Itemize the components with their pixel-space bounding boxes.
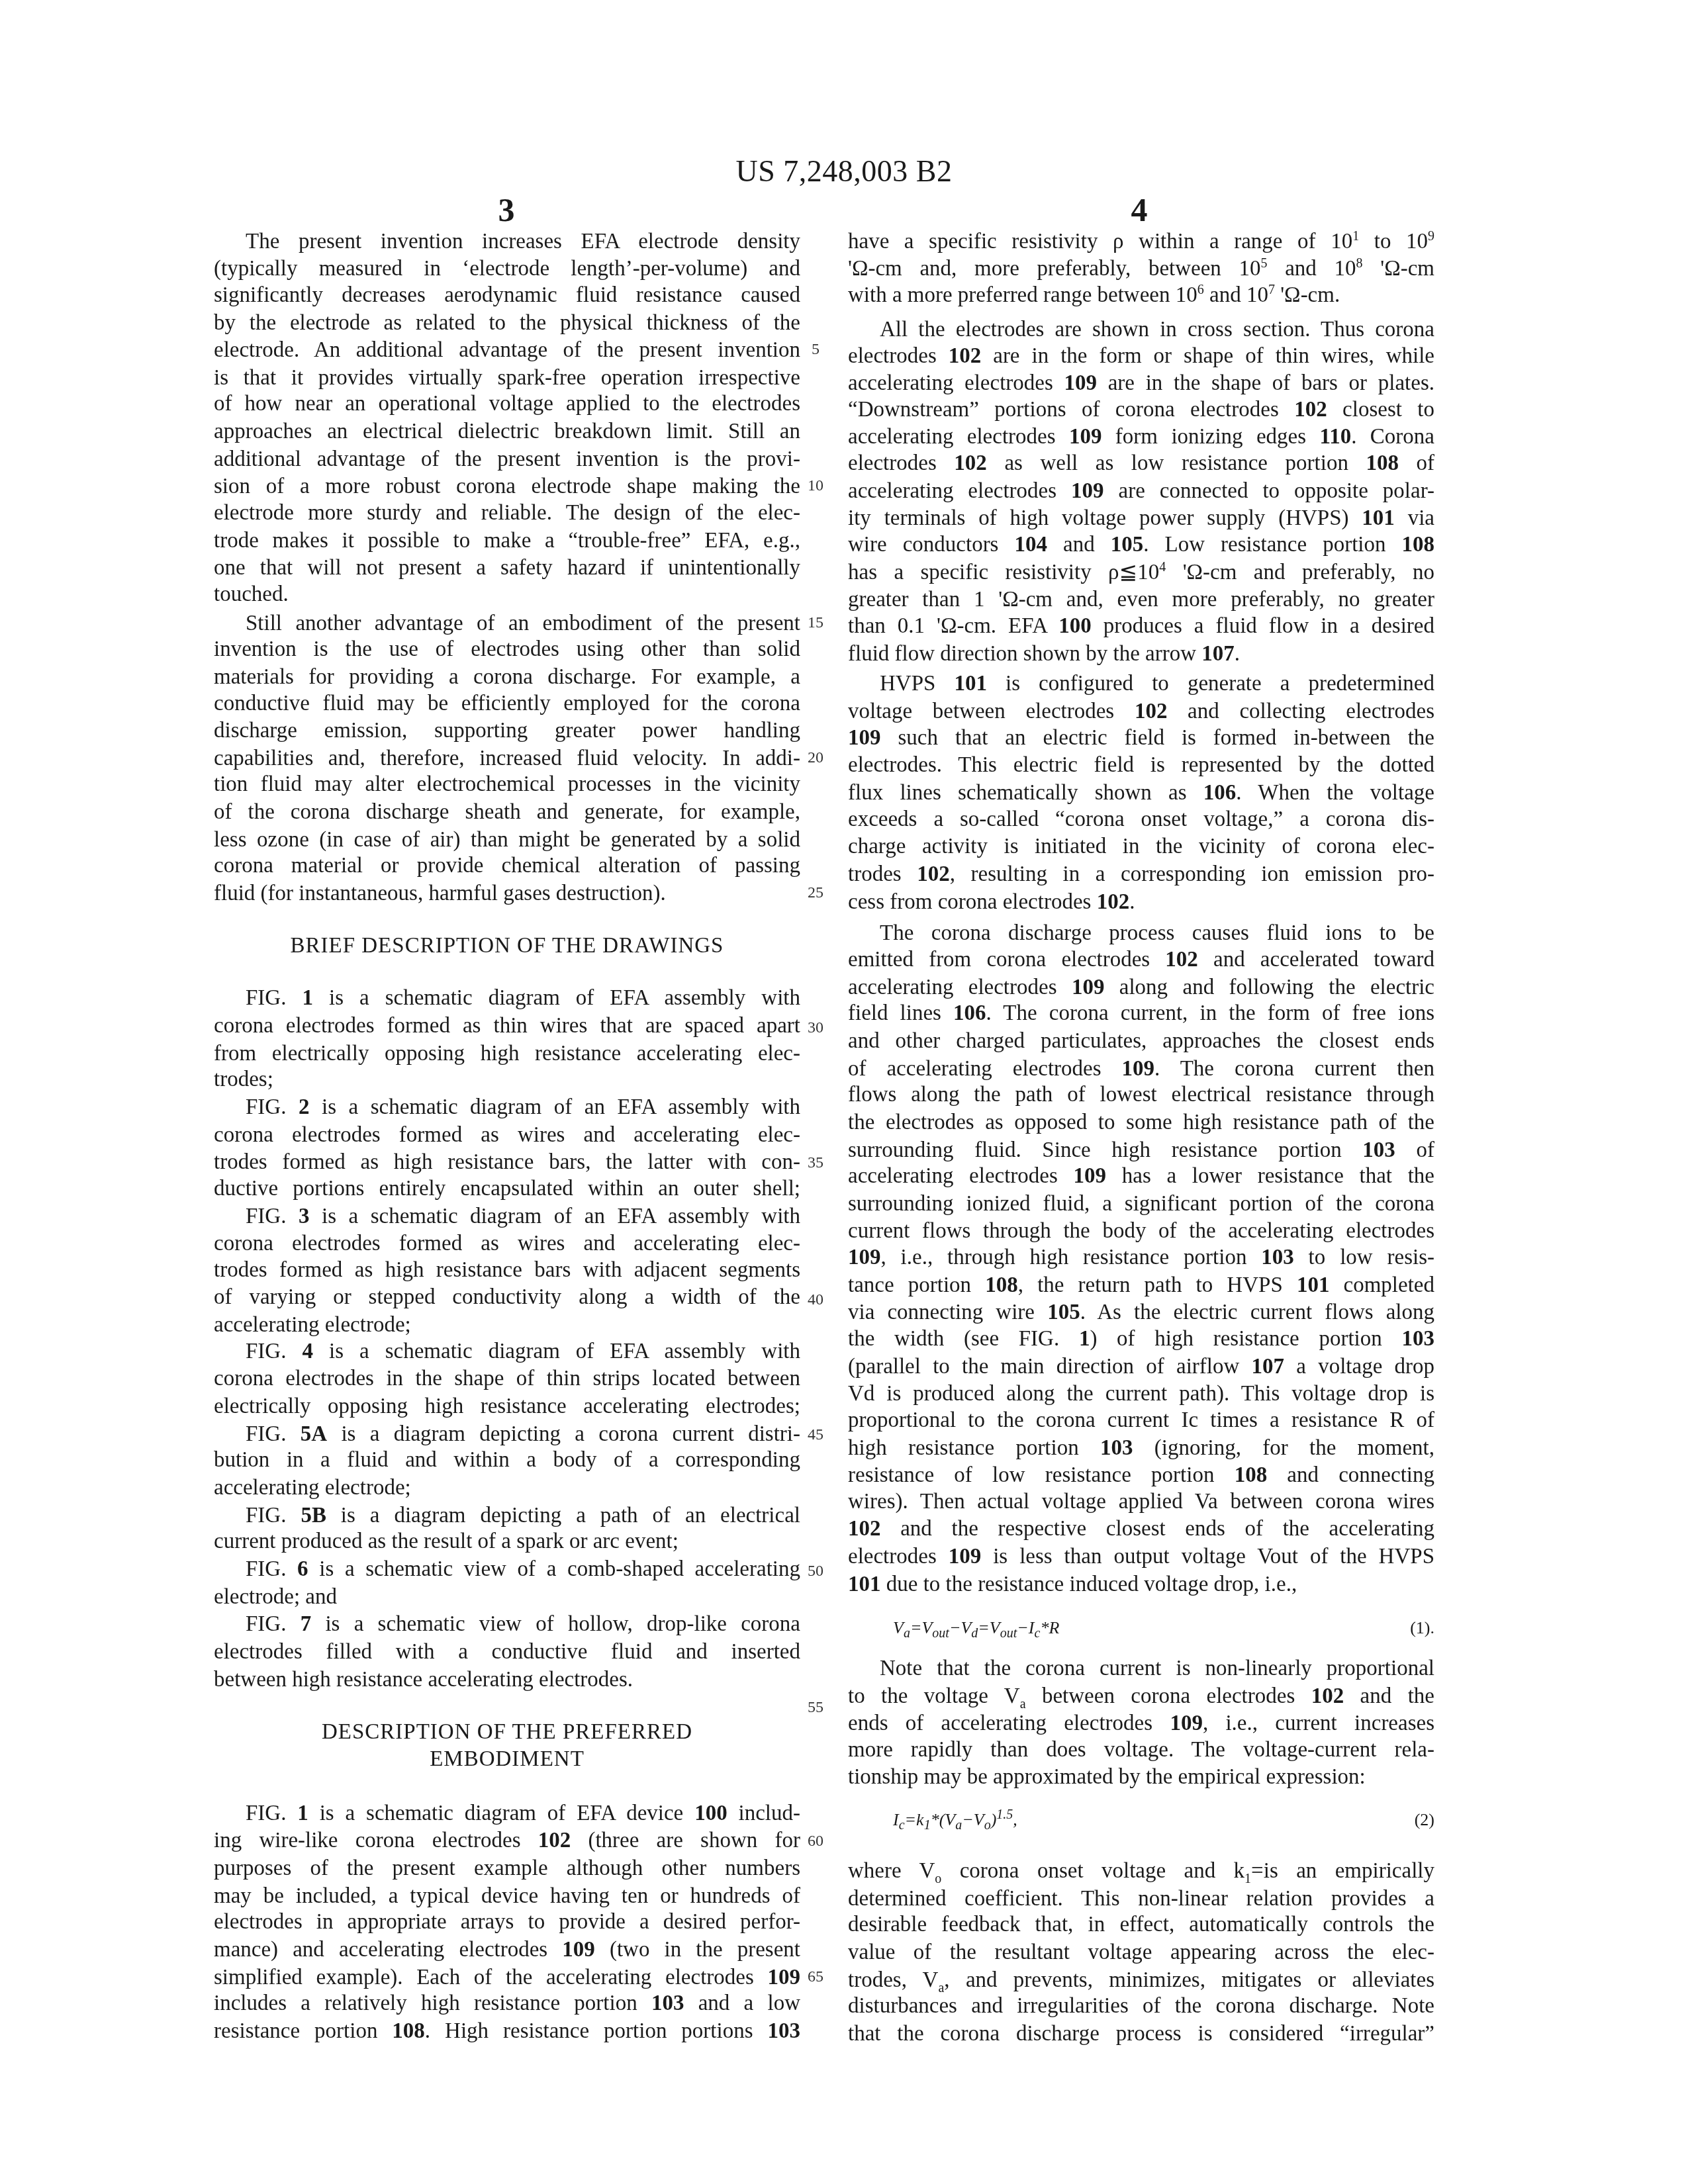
text-line: voltage between electrodes 102 and colle… xyxy=(848,699,1434,724)
text-line: FIG. 6 is a schematic view of a comb-sha… xyxy=(214,1557,800,1582)
text-line: is that it provides virtually spark-free… xyxy=(214,365,800,390)
line-number: 15 xyxy=(802,614,829,632)
text-line: to the voltage Va between corona electro… xyxy=(848,1684,1434,1709)
text-line: with a more preferred range between 106 … xyxy=(848,283,1434,308)
text-line: fluid (for instantaneous, harmful gases … xyxy=(214,881,800,906)
text-line: surrounding ionized fluid, a significant… xyxy=(848,1191,1434,1216)
text-line: current flows through the body of the ac… xyxy=(848,1218,1434,1244)
section-heading: DESCRIPTION OF THE PREFERRED xyxy=(214,1719,800,1745)
text-line: wires). Then actual voltage applied Va b… xyxy=(848,1489,1434,1514)
text-line: includes a relatively high resistance po… xyxy=(214,1991,800,2016)
text-line: additional advantage of the present inve… xyxy=(214,447,800,472)
text-line: The corona discharge process causes flui… xyxy=(848,921,1434,946)
text-line: by the electrode as related to the physi… xyxy=(214,310,800,336)
text-line: trodes, Va, and prevents, minimizes, mit… xyxy=(848,1968,1434,1993)
text-line: flows along the path of lowest electrica… xyxy=(848,1082,1434,1107)
text-line: Note that the corona current is non-line… xyxy=(848,1656,1434,1681)
text-line: field lines 106. The corona current, in … xyxy=(848,1001,1434,1026)
section-heading: BRIEF DESCRIPTION OF THE DRAWINGS xyxy=(214,933,800,958)
text-line: has a specific resistivity ρ≦104 'Ω-cm a… xyxy=(848,560,1434,585)
text-line: ing wire-like corona electrodes 102 (thr… xyxy=(214,1828,800,1853)
text-line: FIG. 2 is a schematic diagram of an EFA … xyxy=(214,1095,800,1120)
text-line: approaches an electrical dielectric brea… xyxy=(214,419,800,444)
text-line: simplified example). Each of the acceler… xyxy=(214,1965,800,1990)
text-line: from electrically opposing high resistan… xyxy=(214,1041,800,1066)
text-line: than 0.1 'Ω-cm. EFA 100 produces a fluid… xyxy=(848,614,1434,639)
text-line: emitted from corona electrodes 102 and a… xyxy=(848,947,1434,972)
text-line: capabilities and, therefore, increased f… xyxy=(214,746,800,771)
text-line: All the electrodes are shown in cross se… xyxy=(848,317,1434,342)
text-line: that the corona discharge process is con… xyxy=(848,2021,1434,2046)
text-line: 102 and the respective closest ends of t… xyxy=(848,1516,1434,1541)
text-line: accelerating electrodes 109 along and fo… xyxy=(848,975,1434,1000)
text-line: corona electrodes formed as wires and ac… xyxy=(214,1231,800,1256)
line-number: 40 xyxy=(802,1291,829,1309)
text-line: trodes; xyxy=(214,1067,800,1092)
text-line: more rapidly than does voltage. The volt… xyxy=(848,1737,1434,1762)
text-line: flux lines schematically shown as 106. W… xyxy=(848,780,1434,805)
text-line: trodes formed as high resistance bars, t… xyxy=(214,1150,800,1175)
text-line: FIG. 5A is a diagram depicting a corona … xyxy=(214,1422,800,1447)
text-line: FIG. 5B is a diagram depicting a path of… xyxy=(214,1503,800,1528)
line-number: 30 xyxy=(802,1019,829,1037)
line-number: 45 xyxy=(802,1426,829,1444)
text-line: desirable feedback that, in effect, auto… xyxy=(848,1912,1434,1937)
equation: Va=Vout−Vd=Vout−Ic*R(1). xyxy=(848,1615,1434,1641)
text-line: electrodes filled with a conductive flui… xyxy=(214,1639,800,1664)
section-heading: EMBODIMENT xyxy=(214,1747,800,1772)
text-line: trodes formed as high resistance bars wi… xyxy=(214,1257,800,1283)
text-line: significantly decreases aerodynamic flui… xyxy=(214,283,800,308)
text-line: corona material or provide chemical alte… xyxy=(214,853,800,878)
text-line: electrodes 102 are in the form or shape … xyxy=(848,343,1434,369)
text-line: FIG. 7 is a schematic view of hollow, dr… xyxy=(214,1612,800,1637)
text-line: and other charged particulates, approach… xyxy=(848,1028,1434,1054)
text-line: accelerating electrodes 109 are in the s… xyxy=(848,371,1434,396)
text-line: electrode; and xyxy=(214,1584,800,1610)
equation-number: (1). xyxy=(1410,1615,1434,1641)
left-text-column: The present invention increases EFA elec… xyxy=(214,0,800,2184)
text-line: Vd is produced along the current path). … xyxy=(848,1381,1434,1406)
text-line: high resistance portion 103 (ignoring, f… xyxy=(848,1435,1434,1461)
text-line: ity terminals of high voltage power supp… xyxy=(848,506,1434,531)
text-line: electrodes. This electric field is repre… xyxy=(848,752,1434,778)
text-line: sion of a more robust corona electrode s… xyxy=(214,474,800,499)
text-line: fluid flow direction shown by the arrow … xyxy=(848,641,1434,666)
text-line: one that will not present a safety hazar… xyxy=(214,555,800,580)
text-line: (parallel to the main direction of airfl… xyxy=(848,1354,1434,1379)
text-line: value of the resultant voltage appearing… xyxy=(848,1940,1434,1965)
text-line: materials for providing a corona dischar… xyxy=(214,664,800,690)
text-line: electrodes 102 as well as low resistance… xyxy=(848,451,1434,476)
text-line: of varying or stepped conductivity along… xyxy=(214,1285,800,1310)
text-line: corona electrodes formed as thin wires t… xyxy=(214,1013,800,1038)
text-line: current produced as the result of a spar… xyxy=(214,1529,800,1554)
text-line: electrically opposing high resistance ac… xyxy=(214,1394,800,1419)
text-line: FIG. 4 is a schematic diagram of EFA ass… xyxy=(214,1339,800,1364)
text-line: greater than 1 'Ω-cm and, even more pref… xyxy=(848,587,1434,612)
text-line: FIG. 1 is a schematic diagram of EFA dev… xyxy=(214,1801,800,1826)
line-number: 5 xyxy=(802,341,829,359)
text-line: mance) and accelerating electrodes 109 (… xyxy=(214,1937,800,1962)
text-line: of accelerating electrodes 109. The coro… xyxy=(848,1056,1434,1081)
text-line: resistance of low resistance portion 108… xyxy=(848,1463,1434,1488)
text-line: disturbances and irregularities of the c… xyxy=(848,1993,1434,2019)
text-line: Still another advantage of an embodiment… xyxy=(214,611,800,636)
text-line: accelerating electrode; xyxy=(214,1475,800,1500)
text-line: via connecting wire 105. As the electric… xyxy=(848,1300,1434,1325)
text-line: tance portion 108, the return path to HV… xyxy=(848,1273,1434,1298)
line-number: 50 xyxy=(802,1563,829,1580)
line-number: 60 xyxy=(802,1833,829,1850)
line-number: 20 xyxy=(802,749,829,767)
text-line: accelerating electrode; xyxy=(214,1312,800,1338)
text-line: electrodes 109 is less than output volta… xyxy=(848,1544,1434,1569)
text-line: tionship may be approximated by the empi… xyxy=(848,1764,1434,1790)
equation: Ic=k1*(Va−Vo)1.5,(2) xyxy=(848,1807,1434,1833)
text-line: the width (see FIG. 1) of high resistanc… xyxy=(848,1326,1434,1351)
text-line: electrodes in appropriate arrays to prov… xyxy=(214,1909,800,1934)
text-line: ends of accelerating electrodes 109, i.e… xyxy=(848,1711,1434,1736)
text-line: (typically measured in ‘electrode length… xyxy=(214,256,800,281)
text-line: accelerating electrodes 109 are connecte… xyxy=(848,478,1434,504)
text-line: of the corona discharge sheath and gener… xyxy=(214,799,800,825)
line-number: 55 xyxy=(802,1699,829,1717)
text-line: 'Ω-cm and, more preferably, between 105 … xyxy=(848,256,1434,281)
text-line: accelerating electrodes 109 has a lower … xyxy=(848,1163,1434,1189)
line-number: 25 xyxy=(802,884,829,902)
text-line: FIG. 3 is a schematic diagram of an EFA … xyxy=(214,1204,800,1229)
text-line: the electrodes as opposed to some high r… xyxy=(848,1110,1434,1135)
text-line: trodes 102, resulting in a corresponding… xyxy=(848,862,1434,887)
text-line: proportional to the corona current Ic ti… xyxy=(848,1408,1434,1433)
text-line: purposes of the present example although… xyxy=(214,1856,800,1881)
text-line: accelerating electrodes 109 form ionizin… xyxy=(848,424,1434,449)
text-line: where Vo corona onset voltage and k1=is … xyxy=(848,1858,1434,1884)
text-line: “Downstream” portions of corona electrod… xyxy=(848,397,1434,422)
text-line: exceeds a so-called “corona onset voltag… xyxy=(848,807,1434,832)
line-number: 35 xyxy=(802,1154,829,1172)
text-line: electrode more sturdy and reliable. The … xyxy=(214,500,800,525)
text-line: touched. xyxy=(214,582,800,607)
text-line: HVPS 101 is configured to generate a pre… xyxy=(848,671,1434,696)
text-line: less ozone (in case of air) than might b… xyxy=(214,827,800,852)
text-line: invention is the use of electrodes using… xyxy=(214,637,800,662)
text-line: have a specific resistivity ρ within a r… xyxy=(848,229,1434,254)
text-line: 101 due to the resistance induced voltag… xyxy=(848,1572,1434,1597)
text-line: corona electrodes in the shape of thin s… xyxy=(214,1366,800,1391)
text-line: 109 such that an electric field is forme… xyxy=(848,725,1434,751)
line-number: 10 xyxy=(802,477,829,495)
text-line: between high resistance accelerating ele… xyxy=(214,1667,800,1692)
text-line: resistance portion 108. High resistance … xyxy=(214,2019,800,2044)
text-line: FIG. 1 is a schematic diagram of EFA ass… xyxy=(214,985,800,1011)
text-line: cess from corona electrodes 102. xyxy=(848,889,1434,915)
text-line: determined coefficient. This non-linear … xyxy=(848,1886,1434,1911)
text-line: may be included, a typical device having… xyxy=(214,1884,800,1909)
text-line: ductive portions entirely encapsulated w… xyxy=(214,1176,800,1201)
text-line: discharge emission, supporting greater p… xyxy=(214,718,800,743)
text-line: tion fluid may alter electrochemical pro… xyxy=(214,772,800,797)
text-line: surrounding fluid. Since high resistance… xyxy=(848,1138,1434,1163)
equation-number: (2) xyxy=(1415,1807,1434,1833)
right-text-column: have a specific resistivity ρ within a r… xyxy=(848,0,1434,2184)
text-line: 109, i.e., through high resistance porti… xyxy=(848,1245,1434,1270)
text-line: The present invention increases EFA elec… xyxy=(214,229,800,254)
text-line: corona electrodes formed as wires and ac… xyxy=(214,1122,800,1148)
text-line: charge activity is initiated in the vici… xyxy=(848,834,1434,859)
text-line: of how near an operational voltage appli… xyxy=(214,391,800,416)
text-line: conductive fluid may be efficiently empl… xyxy=(214,691,800,716)
text-line: bution in a fluid and within a body of a… xyxy=(214,1447,800,1473)
text-line: electrode. An additional advantage of th… xyxy=(214,338,800,363)
text-line: wire conductors 104 and 105. Low resista… xyxy=(848,532,1434,557)
line-number: 65 xyxy=(802,1968,829,1986)
text-line: trode makes it possible to make a “troub… xyxy=(214,528,800,553)
